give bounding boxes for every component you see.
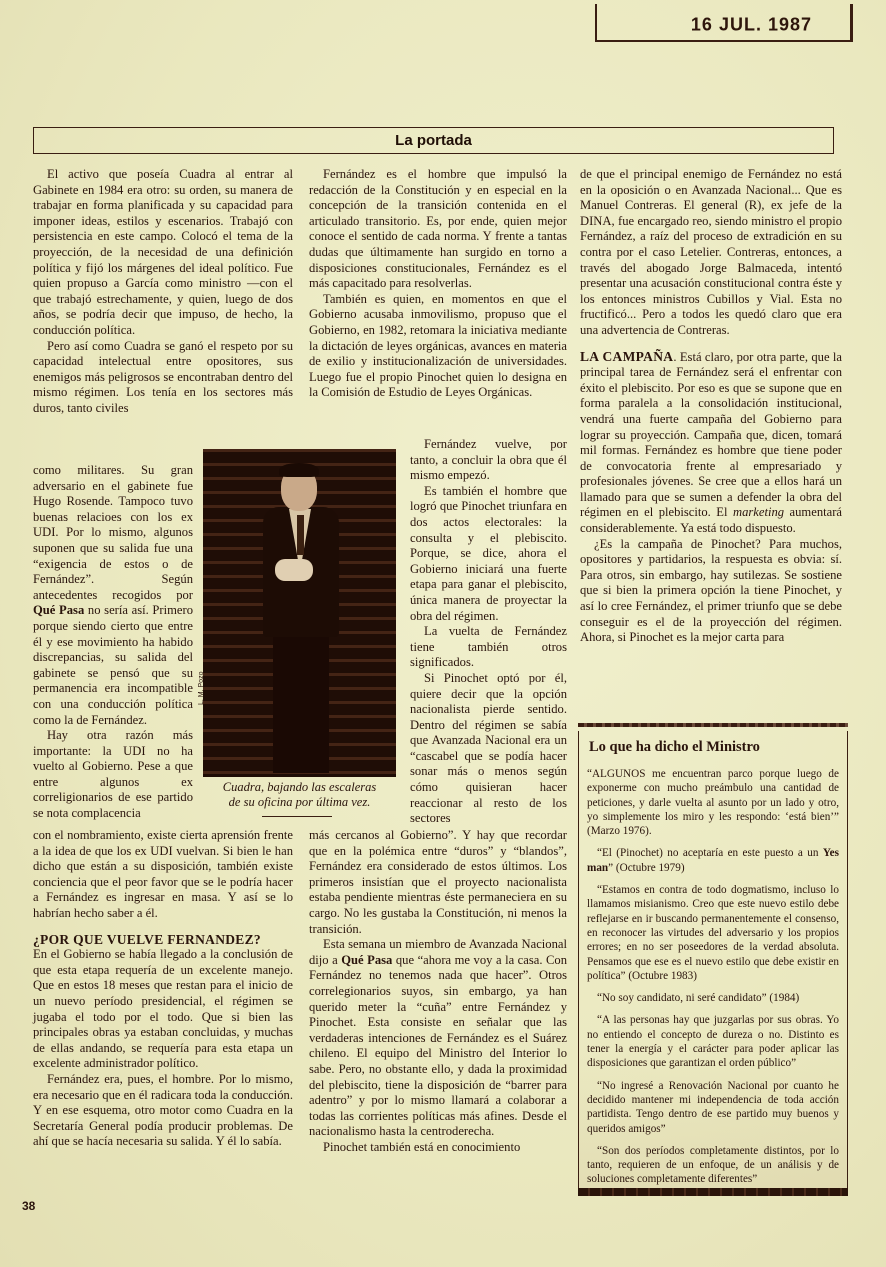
quote: “Son dos períodos completamente distinto… bbox=[587, 1144, 839, 1187]
paragraph: En el Gobierno se había llegado a la con… bbox=[33, 947, 293, 1072]
paragraph: Fernández vuelve, por tanto, a concluir … bbox=[410, 437, 567, 484]
paragraph: Si Pinochet optó por él, quiere decir qu… bbox=[410, 671, 567, 827]
paragraph: Pero así como Cuadra se ganó el respeto … bbox=[33, 339, 293, 417]
quote: “No soy candidato, ni seré candidato” (1… bbox=[587, 991, 839, 1005]
paragraph: Pinochet también está en conocimiento bbox=[309, 1140, 567, 1156]
quote: “No ingresé a Renovación Nacional por cu… bbox=[587, 1079, 839, 1136]
magazine-name: Qué Pasa bbox=[33, 603, 84, 617]
paragraph: de que el principal enemigo de Fernández… bbox=[580, 167, 842, 339]
paragraph: Es también el hombre que logró que Pinoc… bbox=[410, 484, 567, 624]
paragraph: ¿Es la campaña de Pinochet? Para muchos,… bbox=[580, 537, 842, 646]
column-2-narrow: Fernández vuelve, por tanto, a concluir … bbox=[410, 437, 567, 827]
sidebox-bottom-rule bbox=[578, 1188, 848, 1196]
column-1-narrow: como militares. Su gran adversario en el… bbox=[33, 463, 193, 822]
paragraph: con el nombramiento, existe cierta apren… bbox=[33, 828, 293, 922]
paragraph: Esta semana un miembro de Avanzada Nacio… bbox=[309, 937, 567, 1140]
caption-rule bbox=[262, 816, 332, 817]
quote: “El (Pinochet) no aceptaría en este pues… bbox=[587, 846, 839, 875]
subheading: ¿POR QUE VUELVE FERNANDEZ? bbox=[33, 932, 293, 948]
magazine-name: Qué Pasa bbox=[341, 953, 392, 967]
paragraph: Fernández era, pues, el hombre. Por lo m… bbox=[33, 1072, 293, 1150]
person-figure bbox=[253, 463, 349, 777]
column-2-top: Fernández es el hombre que impulsó la re… bbox=[309, 167, 567, 401]
paragraph: La vuelta de Fernández tiene también otr… bbox=[410, 624, 567, 671]
magazine-page: 16 JUL. 1987 La portada El activo que po… bbox=[0, 0, 886, 1267]
column-1-bottom: con el nombramiento, existe cierta apren… bbox=[33, 828, 293, 1150]
photo-caption: Cuadra, bajando las escaleras de su ofic… bbox=[203, 780, 396, 810]
subheading: LA CAMPAÑA bbox=[580, 349, 673, 364]
quote: “ALGUNOS me encuentran parco porque lueg… bbox=[587, 767, 839, 838]
column-3: de que el principal enemigo de Fernández… bbox=[580, 167, 842, 646]
quotes-sidebox: Lo que ha dicho el Ministro “ALGUNOS me … bbox=[578, 731, 848, 1188]
date-stamp: 16 JUL. 1987 bbox=[595, 4, 853, 42]
column-1-top: El activo que poseía Cuadra al entrar al… bbox=[33, 167, 293, 417]
column-2-bottom: más cercanos al Gobierno”. Y hay que rec… bbox=[309, 828, 567, 1155]
sidebox-title: Lo que ha dicho el Ministro bbox=[589, 739, 760, 756]
stamp-date: 16 JUL. 1987 bbox=[691, 13, 812, 35]
quote: “A las personas hay que juzgarlas por su… bbox=[587, 1013, 839, 1070]
photo-cuadra bbox=[203, 449, 396, 777]
paragraph: LA CAMPAÑA. Está claro, por otra parte, … bbox=[580, 349, 842, 537]
quote: “Estamos en contra de todo dogmatismo, i… bbox=[587, 883, 839, 983]
paragraph: más cercanos al Gobierno”. Y hay que rec… bbox=[309, 828, 567, 937]
paragraph: También es quien, en momentos en que el … bbox=[309, 292, 567, 401]
quotes-list: “ALGUNOS me encuentran parco porque lueg… bbox=[587, 767, 839, 1195]
paragraph: como militares. Su gran adversario en el… bbox=[33, 463, 193, 728]
photo-credit: L. M. Pozo bbox=[198, 672, 205, 705]
sidebox-top-rule bbox=[578, 723, 848, 727]
paragraph: El activo que poseía Cuadra al entrar al… bbox=[33, 167, 293, 339]
section-header: La portada bbox=[33, 127, 834, 154]
page-number: 38 bbox=[22, 1199, 35, 1213]
paragraph: Hay otra razón más importante: la UDI no… bbox=[33, 728, 193, 822]
paragraph: Fernández es el hombre que impulsó la re… bbox=[309, 167, 567, 292]
section-title: La portada bbox=[395, 132, 472, 149]
